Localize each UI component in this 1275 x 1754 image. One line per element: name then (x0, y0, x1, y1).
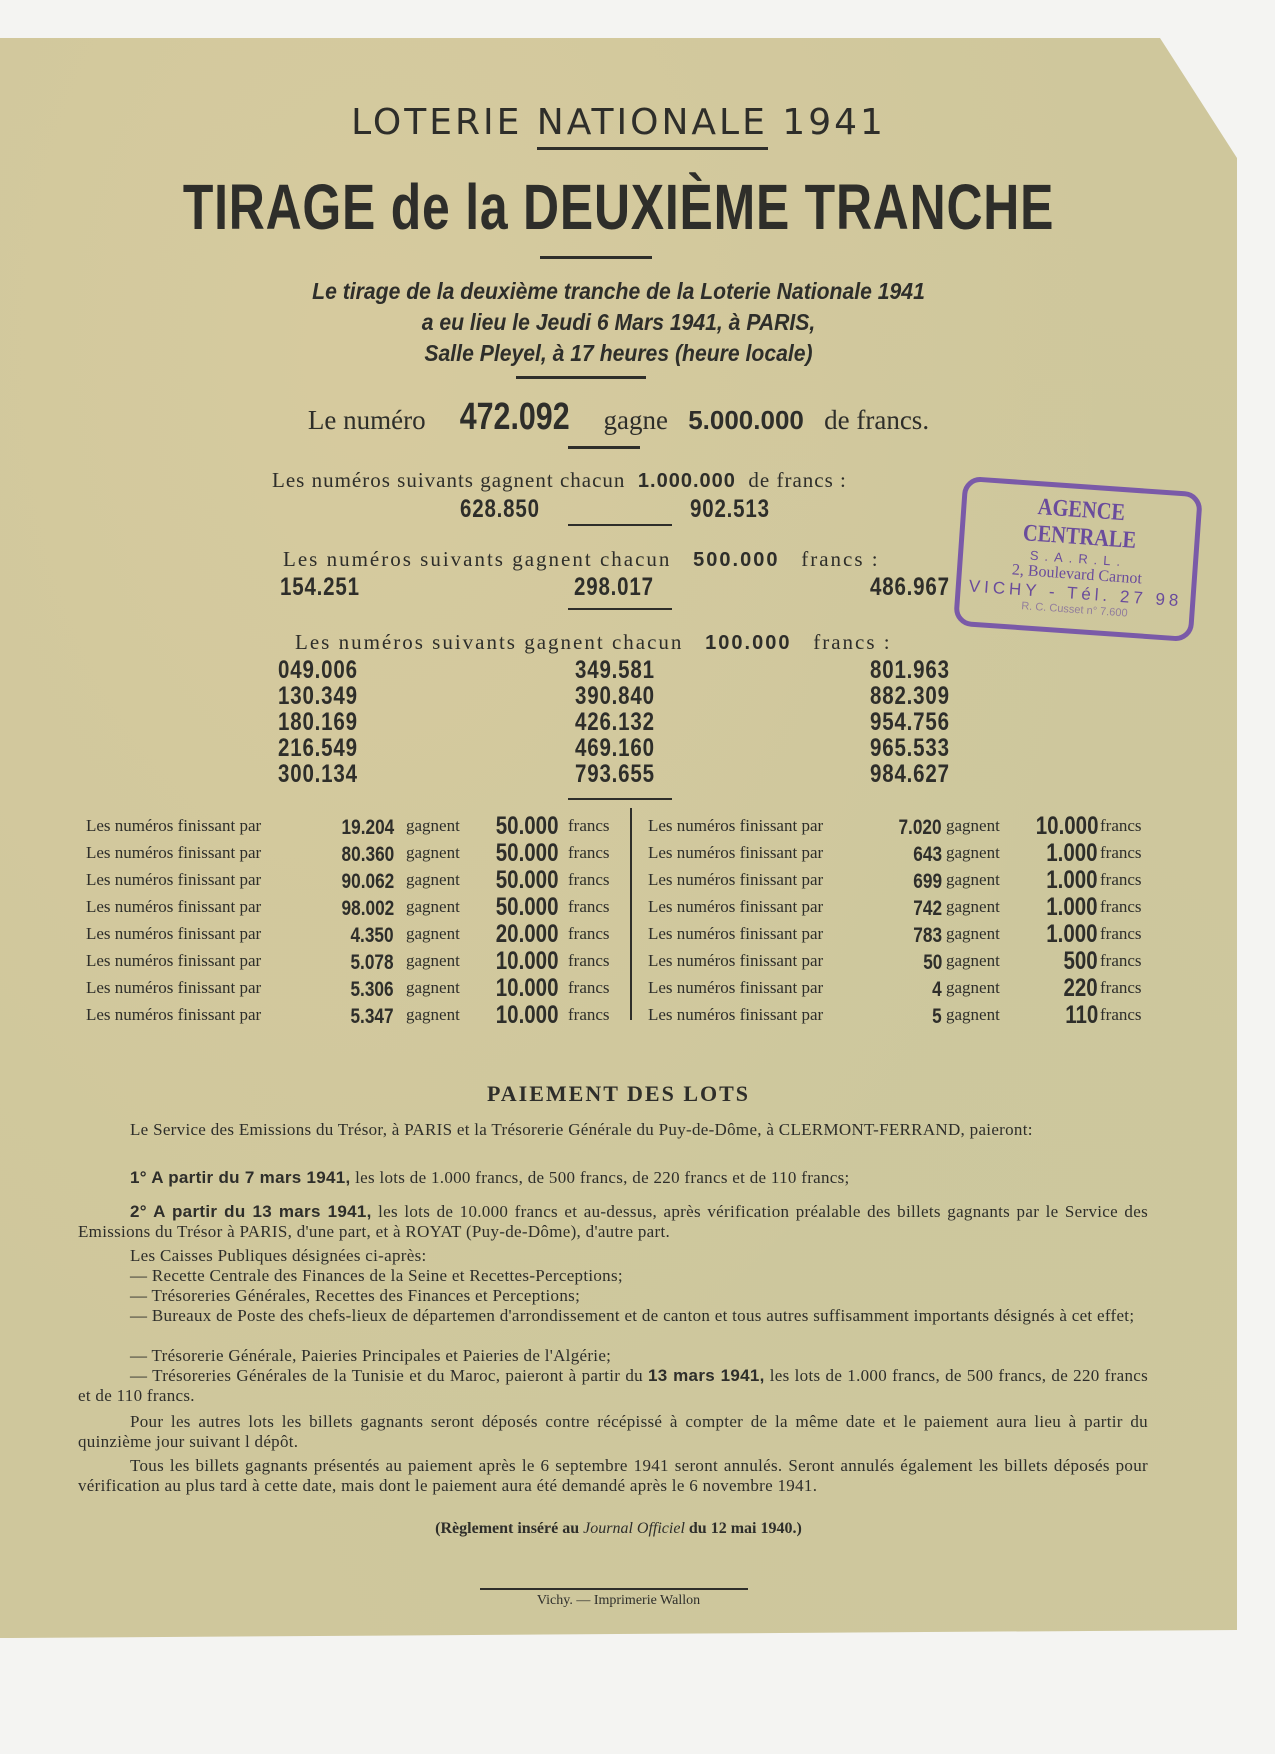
number: 130.349 (278, 683, 358, 709)
intro-line-3: Salle Pleyel, à 17 heures (heure locale) (49, 338, 1187, 369)
tier-100k-heading: Les numéros suivants gagnent chacun 100.… (295, 630, 892, 655)
row-verb: gagnent (406, 897, 460, 917)
divider (568, 798, 672, 800)
payment-heading: PAIEMENT DES LOTS (0, 1081, 1237, 1107)
row-verb: gagnent (946, 978, 1000, 998)
number: 965.533 (870, 735, 950, 761)
endings-row: Les numéros finissant par5.347gagnent10.… (86, 1005, 616, 1031)
note-journal: Journal Officiel (583, 1520, 685, 1537)
row-unit: francs (1100, 843, 1142, 863)
tier-text: Les numéros suivants gagnent chacun (283, 547, 671, 571)
tier-text: Les numéros suivants gagnent chacun (272, 468, 625, 492)
row-unit: francs (1100, 951, 1142, 971)
row-prize: 50.000 (495, 812, 558, 841)
number: 984.627 (870, 761, 950, 787)
payment-date-1: 1° A partir du 7 mars 1941, (130, 1168, 351, 1187)
row-prize: 1.000 (1047, 839, 1098, 868)
note-text: (Règlement inséré au (435, 1520, 583, 1537)
caisses-item: — Trésoreries Générales, Recettes des Fi… (78, 1286, 1148, 1306)
row-unit: francs (568, 951, 610, 971)
row-label: Les numéros finissant par (86, 870, 261, 890)
number: 390.840 (575, 683, 655, 709)
column-divider (630, 808, 632, 1020)
payment-paragraph-7: Tous les billets gagnants présentés au p… (78, 1456, 1148, 1496)
tier-amount: 1.000.000 (638, 470, 736, 492)
payment-text: — Trésoreries Générales de la Tunisie et… (130, 1366, 648, 1385)
agency-stamp: AGENCE CENTRALE S.A.R.L. 2, Boulevard Ca… (953, 476, 1203, 642)
row-label: Les numéros finissant par (648, 843, 823, 863)
grand-prize-suffix: de francs. (824, 405, 929, 435)
row-unit: francs (1100, 978, 1142, 998)
row-unit: francs (568, 897, 610, 917)
tier-text: Les numéros suivants gagnent chacun (295, 630, 683, 654)
tier-100k-column-3: 801.963 882.309 954.756 965.533 984.627 (870, 657, 967, 787)
row-label: Les numéros finissant par (648, 897, 823, 917)
row-ending: 5 (932, 1005, 942, 1029)
row-verb: gagnent (406, 870, 460, 890)
row-verb: gagnent (946, 870, 1000, 890)
lottery-poster: LOTERIE NATIONALE 1941 TIRAGE de la DEUX… (0, 38, 1237, 1638)
row-ending: 783 (913, 924, 942, 948)
payment-paragraph-2: 1° A partir du 7 mars 1941, les lots de … (78, 1168, 1148, 1188)
row-ending: 50 (923, 951, 942, 975)
grand-prize-number: 472.092 (460, 396, 570, 439)
divider (516, 376, 646, 379)
row-label: Les numéros finissant par (86, 897, 261, 917)
row-verb: gagnent (946, 816, 1000, 836)
row-verb: gagnent (946, 897, 1000, 917)
payment-date-3: 13 mars 1941, (648, 1366, 765, 1385)
number: 049.006 (278, 657, 358, 683)
divider (568, 524, 672, 526)
tier-suffix: francs : (801, 547, 879, 571)
divider (480, 1588, 748, 1590)
row-unit: francs (1100, 870, 1142, 890)
row-ending: 90.062 (341, 870, 394, 894)
row-unit: francs (568, 843, 610, 863)
payment-date-2: 2° A partir du 13 mars 1941, (130, 1202, 372, 1221)
row-verb: gagnent (406, 951, 460, 971)
row-verb: gagnent (406, 1005, 460, 1025)
row-label: Les numéros finissant par (86, 924, 261, 944)
row-label: Les numéros finissant par (648, 924, 823, 944)
grand-prize-verb: gagne (603, 405, 667, 435)
number: 882.309 (870, 683, 950, 709)
row-unit: francs (1100, 1005, 1142, 1025)
tier-1m-number: 902.513 (690, 495, 770, 524)
caisses-item: — Bureaux de Poste des chefs-lieux de dé… (78, 1306, 1148, 1326)
payment-paragraph-6: Pour les autres lots les billets gagnant… (78, 1412, 1148, 1452)
tier-100k-column-1: 049.006 130.349 180.169 216.549 300.134 (278, 657, 375, 787)
number: 426.132 (575, 709, 655, 735)
row-verb: gagnent (946, 843, 1000, 863)
row-ending: 699 (913, 870, 942, 894)
row-unit: francs (568, 924, 610, 944)
row-verb: gagnent (406, 843, 460, 863)
caisses-item: — Recette Centrale des Finances de la Se… (78, 1266, 1148, 1286)
row-prize: 50.000 (495, 866, 558, 895)
row-label: Les numéros finissant par (648, 816, 823, 836)
row-prize: 10.000 (495, 974, 558, 1003)
row-prize: 1.000 (1047, 866, 1098, 895)
row-ending: 98.002 (341, 897, 394, 921)
row-prize: 50.000 (495, 893, 558, 922)
divider (540, 256, 652, 259)
row-ending: 5.347 (351, 1005, 394, 1029)
payment-paragraph-4: Les Caisses Publiques désignées ci-après… (78, 1246, 1148, 1266)
row-prize: 500 (1064, 947, 1098, 976)
payment-text: les lots de 1.000 francs, de 500 francs,… (351, 1168, 850, 1187)
row-ending: 5.306 (351, 978, 394, 1002)
row-prize: 20.000 (495, 920, 558, 949)
number: 793.655 (575, 761, 655, 787)
tier-500k-number: 154.251 (280, 573, 360, 602)
number: 954.756 (870, 709, 950, 735)
row-verb: gagnent (946, 924, 1000, 944)
grand-prize-amount: 5.000.000 (688, 405, 804, 435)
row-prize: 10.000 (495, 947, 558, 976)
title-underlined: NATIONALE (537, 102, 768, 150)
tier-500k-heading: Les numéros suivants gagnent chacun 500.… (283, 547, 880, 572)
row-label: Les numéros finissant par (648, 1005, 823, 1025)
divider (568, 446, 640, 449)
row-unit: francs (1100, 897, 1142, 917)
grand-prize-line: Le numéro 472.092 gagne 5.000.000 de fra… (0, 396, 1237, 439)
printer-credit: Vichy. — Imprimerie Wallon (0, 1593, 1237, 1609)
row-label: Les numéros finissant par (86, 816, 261, 836)
tier-500k-number: 486.967 (870, 573, 950, 602)
row-verb: gagnent (946, 1005, 1000, 1025)
payment-paragraph-3: 2° A partir du 13 mars 1941, les lots de… (78, 1202, 1148, 1242)
tier-1m-number: 628.850 (460, 495, 540, 524)
tier-amount: 500.000 (693, 549, 779, 571)
row-unit: francs (568, 816, 610, 836)
row-unit: francs (568, 978, 610, 998)
row-label: Les numéros finissant par (86, 978, 261, 998)
payment-paragraph-1: Le Service des Emissions du Trésor, à PA… (78, 1120, 1148, 1140)
row-prize: 50.000 (495, 839, 558, 868)
row-prize: 1.000 (1047, 893, 1098, 922)
row-prize: 10.000 (1035, 812, 1098, 841)
grand-prize-prefix: Le numéro (308, 405, 426, 435)
number: 216.549 (278, 735, 358, 761)
row-label: Les numéros finissant par (648, 870, 823, 890)
tier-suffix: de francs : (748, 468, 846, 492)
intro-line-1: Le tirage de la deuxième tranche de la L… (49, 276, 1187, 307)
row-unit: francs (568, 1005, 610, 1025)
divider (568, 608, 672, 610)
tier-suffix: francs : (813, 630, 891, 654)
row-ending: 5.078 (351, 951, 394, 975)
row-verb: gagnent (406, 978, 460, 998)
row-ending: 4 (932, 978, 942, 1002)
row-ending: 7.020 (899, 816, 942, 840)
title-prefix: LOTERIE (351, 102, 537, 143)
tier-500k-number: 298.017 (574, 573, 654, 602)
row-label: Les numéros finissant par (86, 843, 261, 863)
reglement-note: (Règlement inséré au Journal Officiel du… (0, 1520, 1237, 1538)
intro-line-2: a eu lieu le Jeudi 6 Mars 1941, à PARIS, (49, 307, 1187, 338)
row-verb: gagnent (406, 924, 460, 944)
number: 801.963 (870, 657, 950, 683)
number: 349.581 (575, 657, 655, 683)
row-ending: 4.350 (351, 924, 394, 948)
row-ending: 742 (913, 897, 942, 921)
row-verb: gagnent (946, 951, 1000, 971)
row-label: Les numéros finissant par (648, 978, 823, 998)
row-unit: francs (1100, 924, 1142, 944)
number: 300.134 (278, 761, 358, 787)
title-year: 1941 (768, 102, 886, 143)
poster-title-line1: LOTERIE NATIONALE 1941 (0, 102, 1237, 143)
row-ending: 643 (913, 843, 942, 867)
tier-amount: 100.000 (705, 632, 791, 654)
intro-text: Le tirage de la deuxième tranche de la L… (49, 276, 1187, 369)
tier-100k-column-2: 349.581 390.840 426.132 469.160 793.655 (575, 657, 672, 787)
row-verb: gagnent (406, 816, 460, 836)
caisses-item: — Trésoreries Générales de la Tunisie et… (78, 1366, 1148, 1406)
row-ending: 19.204 (341, 816, 394, 840)
row-ending: 80.360 (341, 843, 394, 867)
row-prize: 10.000 (495, 1001, 558, 1030)
number: 469.160 (575, 735, 655, 761)
row-label: Les numéros finissant par (648, 951, 823, 971)
row-unit: francs (1100, 816, 1142, 836)
row-unit: francs (568, 870, 610, 890)
row-label: Les numéros finissant par (86, 951, 261, 971)
number: 180.169 (278, 709, 358, 735)
caisses-item: — Trésorerie Générale, Paieries Principa… (78, 1346, 1148, 1366)
row-prize: 1.000 (1047, 920, 1098, 949)
row-prize: 220 (1064, 974, 1098, 1003)
row-label: Les numéros finissant par (86, 1005, 261, 1025)
row-prize: 110 (1065, 1001, 1098, 1030)
note-text: du 12 mai 1940.) (685, 1520, 802, 1537)
tier-1m-heading: Les numéros suivants gagnent chacun 1.00… (272, 468, 847, 493)
poster-title-line2: TIRAGE de la DEUXIÈME TRANCHE (136, 170, 1101, 244)
endings-row: Les numéros finissant par5gagnent110fran… (648, 1005, 1158, 1031)
